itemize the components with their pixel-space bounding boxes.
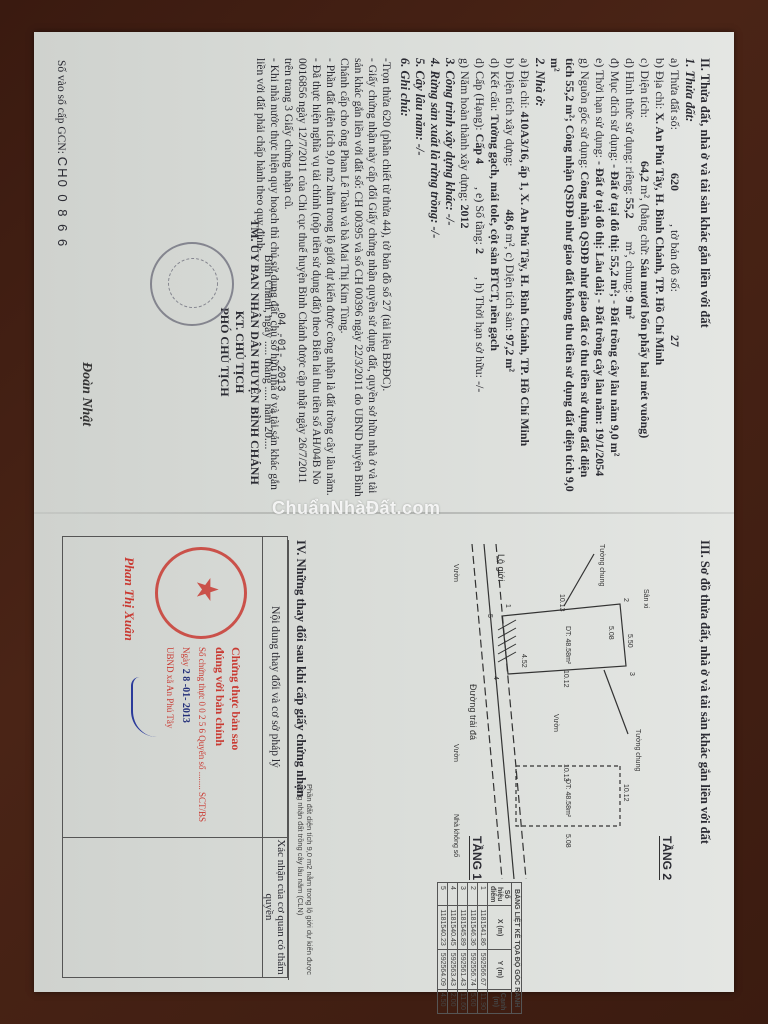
- coord-table-row: 41181540.45592563.432.00: [448, 883, 458, 1014]
- coord-table-row: 11181541.86592566.6711.90: [478, 883, 488, 1014]
- land-heading: 1. Thửa đất:: [682, 58, 697, 498]
- gcn-register-number: Số vào sổ cấp GCN: CH0 0 8 6 6: [55, 60, 70, 248]
- svg-text:DT: 48.58m²: DT: 48.58m²: [564, 779, 571, 818]
- other-item-construction: 3. Công trình xây dựng khác: -/-: [442, 58, 457, 498]
- land-line-usage-form: d) Hình thức sử dụng: riêng: 55,2 m², ch…: [622, 58, 637, 498]
- note-item: - Đã thực hiện nghĩa vụ tài chính (nộp t…: [281, 58, 323, 498]
- land-line-plot: a) Thửa đất số: 620 , tờ bản đồ số: 27: [667, 58, 682, 498]
- signer-name: Đoàn Nhật: [78, 362, 94, 426]
- svg-text:4: 4: [492, 676, 499, 680]
- svg-text:10.12: 10.12: [622, 784, 629, 802]
- other-item-perennial: 5. Cây lâu năm: -/-: [412, 58, 427, 498]
- svg-text:5.08: 5.08: [607, 626, 614, 640]
- coord-table-title: BẢNG LIỆT KÊ TỌA ĐỘ GÓC RANH: [512, 883, 522, 1014]
- land-line-area: c) Diện tích: 64,2 m², (bằng chữ: Sáu mư…: [637, 58, 652, 498]
- svg-text:Tường chung: Tường chung: [598, 544, 605, 586]
- svg-text:Tường chung: Tường chung: [634, 729, 641, 771]
- changes-table: Nội dung thay đổi và cơ sở pháp lý Xác n…: [62, 536, 288, 978]
- house-line-address: a) Địa chỉ: 410A3/16, ấp 1, X. An Phú Tâ…: [517, 58, 532, 498]
- svg-text:Lộ giới: Lộ giới: [496, 554, 506, 581]
- svg-text:5: 5: [486, 614, 493, 618]
- coord-table-row: 31181545.89592561.4311.60: [458, 883, 468, 1014]
- note-item: - Phần đất diện tích 9,0 m2 nằm trong lộ…: [323, 58, 337, 498]
- svg-text:5.08: 5.08: [564, 834, 571, 848]
- house-line-structure: d) Kết cấu: Tường gạch, mái tole, cột sà…: [487, 58, 502, 498]
- house-line-area: b) Diện tích xây dựng: 48,6 m², c) Diện …: [502, 58, 517, 498]
- signing-block: 04 -01- 2013 Bình Chánh, ngày ..... thán…: [217, 212, 286, 492]
- svg-text:3: 3: [628, 672, 635, 676]
- floor-label-1: TẦNG 1: [469, 836, 484, 880]
- section-ii-title: II. Thửa đất, nhà ở và tài sản khác gắn …: [697, 58, 712, 498]
- certificate-page-iii-iv: III. Sơ đồ thửa đất, nhà ở và tài sản kh…: [34, 514, 734, 994]
- notes-heading: 6. Ghi chú:: [397, 58, 412, 498]
- svg-text:2: 2: [622, 598, 629, 602]
- coord-table-row: 21181546.36592556.745.60: [468, 883, 478, 1014]
- signer-role-1: KT. CHỦ TỊCH: [232, 212, 247, 492]
- svg-text:4.52: 4.52: [520, 654, 527, 668]
- land-line-origin: g) Nguồn gốc sử dụng: Công nhận QSDĐ như…: [547, 58, 592, 498]
- svg-text:Vườn: Vườn: [452, 564, 459, 582]
- date-stamp: 04 -01- 2013: [274, 212, 286, 492]
- svg-text:Vườn: Vườn: [552, 714, 559, 732]
- svg-text:Nhà không số: Nhà không số: [452, 814, 461, 857]
- svg-text:Đường trải đá: Đường trải đá: [468, 684, 478, 740]
- issuing-org: TM. ỦY BAN NHÂN DÂN HUYỆN BÌNH CHÁNH: [247, 212, 262, 492]
- svg-text:5.50: 5.50: [626, 634, 633, 648]
- floor-label-2: TẦNG 2: [659, 836, 674, 880]
- land-line-purpose: đ) Mục đích sử dụng: - Đất ở tại đô thị:…: [607, 58, 622, 498]
- section-iii-title: III. Sơ đồ thửa đất, nhà ở và tài sản kh…: [697, 540, 712, 844]
- place-date: Bình Chánh, ngày ..... tháng ..... năm 2…: [262, 212, 274, 492]
- changes-col-content: Nội dung thay đổi và cơ sở pháp lý: [262, 537, 287, 838]
- site-watermark: ChuẩnNhàĐất.com: [272, 498, 441, 519]
- note-item: - Giấy chứng nhận này cấp đổi Giấy chứng…: [337, 58, 379, 498]
- house-line-grade: d) Cấp (Hạng): Cấp 4 , e) Số tầng: 2 , h…: [472, 58, 487, 498]
- svg-text:1: 1: [504, 604, 511, 608]
- land-line-address: b) Địa chỉ: X. An Phú Tây, H. Bình Chánh…: [652, 58, 667, 498]
- svg-text:Sân xi: Sân xi: [642, 589, 649, 609]
- svg-text:DT: 48.58m²: DT: 48.58m²: [564, 626, 571, 665]
- svg-text:10.13: 10.13: [558, 594, 565, 612]
- red-seal-icon: [155, 547, 247, 639]
- certifier-name: Phan Thị Xuân: [121, 557, 137, 641]
- house-heading: 2. Nhà ở:: [532, 58, 547, 498]
- changes-col-confirmation: Xác nhận của cơ quan có thẩm quyền: [262, 837, 287, 977]
- certificate-page-ii: II. Thửa đất, nhà ở và tài sản khác gắn …: [34, 32, 734, 512]
- svg-text:Vườn: Vườn: [452, 744, 459, 762]
- land-line-duration: e) Thời hạn sử dụng: - Đất ở tại đô thị:…: [592, 58, 607, 498]
- certification-stamp: Chứng thực bản sao đúng với bản chính Số…: [97, 547, 247, 847]
- coordinate-table: BẢNG LIỆT KÊ TỌA ĐỘ GÓC RANH Số hiệu điể…: [437, 882, 522, 1014]
- svg-text:10.12: 10.12: [562, 670, 569, 688]
- note-item: -Trọn thửa 620 (phân chiết từ thửa 44), …: [379, 58, 393, 498]
- official-seal-icon: [150, 242, 234, 326]
- blue-signature-icon: [131, 677, 157, 737]
- svg-text:10.13: 10.13: [562, 764, 569, 782]
- coord-table-row: 51181540.23592564.094.50: [438, 883, 448, 1014]
- other-item-forest: 4. Rừng sản xuất là rừng trồng: -/-: [427, 58, 442, 498]
- section-iv-title: IV. Những thay đổi sau khi cấp giấy chứn…: [288, 540, 308, 980]
- house-line-year: g) Năm hoàn thành xây dựng: 2012: [457, 58, 472, 498]
